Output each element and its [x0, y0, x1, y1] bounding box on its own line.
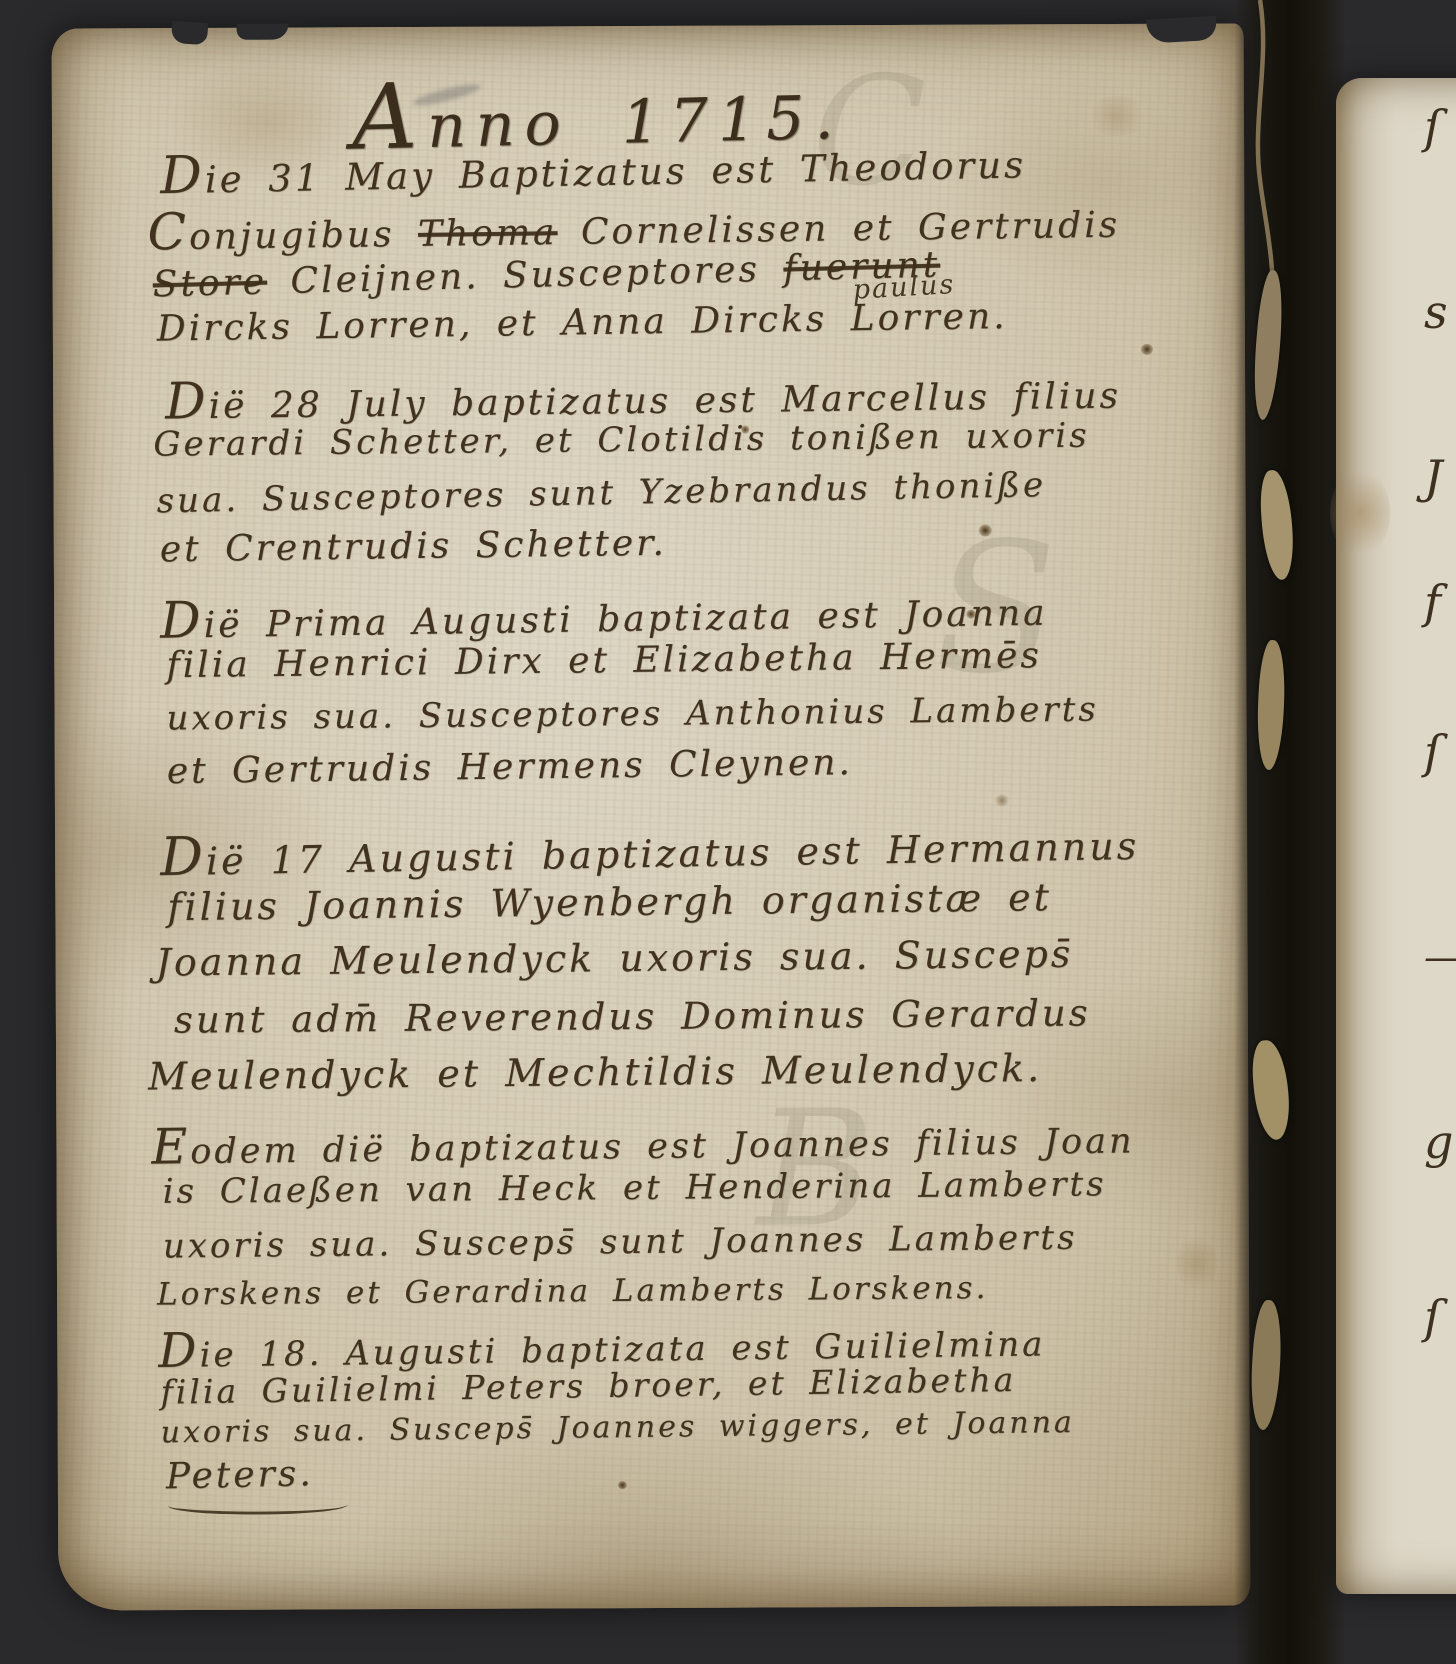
- line-segment: Conjugibus: [147, 214, 418, 259]
- manuscript-line: Dircks Lorren, et Anna Dircks Lorren.: [157, 296, 1008, 350]
- ink-fragment: ſ: [1424, 100, 1443, 154]
- manuscript-line: Lorskens et Gerardina Lamberts Lorskens.: [157, 1270, 989, 1313]
- manuscript-line: is Claeßen van Heck et Henderina Lambert…: [162, 1164, 1106, 1211]
- underline-flourish: [168, 1495, 348, 1516]
- manuscript-line: Meulendyck et Mechtildis Meulendyck.: [148, 1046, 1042, 1099]
- ink-stain: [979, 525, 992, 537]
- struck-word: Thoma: [418, 212, 558, 255]
- ink-stain: [618, 1481, 627, 1489]
- ink-stain: [1141, 344, 1153, 355]
- manuscript-line: Conjugibus Thoma Cornelissen et Gertrudi…: [147, 190, 1120, 262]
- ink-stain: [995, 794, 1009, 806]
- manuscript-line: Peters.: [165, 1453, 314, 1497]
- manuscript-line: et Gertrudis Hermens Cleynen.: [167, 742, 854, 792]
- ink-fragment: —: [1424, 935, 1456, 979]
- manuscript-line: uxoris sua. Susceps̄ sunt Joannes Lamber…: [163, 1218, 1078, 1267]
- manuscript-line: sunt adm̄ Reverendus Dominus Gerardus: [174, 991, 1091, 1041]
- ink-fragment: J: [1424, 450, 1444, 504]
- struck-word: Store: [152, 262, 267, 306]
- page-notch: [171, 21, 208, 45]
- page-notch: [237, 24, 289, 40]
- photo-background: C S B Anno 1715. Die 31 May Baptizatus e…: [0, 0, 1456, 1664]
- page-notch: [1146, 16, 1217, 44]
- manuscript-line: sua. Susceptores sunt Yzebrandus thoniße: [156, 465, 1046, 521]
- manuscript-line: filius Joannis Wyenbergh organistæ et: [167, 875, 1052, 929]
- ink-fragment: ſ: [1424, 725, 1443, 779]
- manuscript-line: et Crentrudis Schetter.: [160, 523, 668, 571]
- manuscript-line: filia Henrici Dirx et Elizabetha Hermēs: [166, 635, 1042, 686]
- line-segment: Cornelissen et Gertrudis: [557, 205, 1120, 253]
- ink-stain: [1330, 468, 1390, 558]
- manuscript-line: uxoris sua. Susceps̄ Joannes wiggers, et…: [160, 1405, 1075, 1450]
- manuscript-line: Joanna Meulendyck uxoris sua. Susceps̄: [155, 932, 1073, 985]
- manuscript-page: C S B Anno 1715. Die 31 May Baptizatus e…: [52, 23, 1251, 1610]
- manuscript-line: Gerardi Schetter, et Clotildis tonißen u…: [153, 416, 1090, 465]
- ink-fragment: ſ: [1424, 1290, 1443, 1344]
- ink-fragment: f: [1424, 575, 1443, 629]
- ink-fragment: g: [1424, 1115, 1455, 1169]
- ink-stain: [1177, 1234, 1217, 1294]
- ink-stain: [1087, 96, 1147, 136]
- ink-fragment: s: [1424, 285, 1450, 339]
- manuscript-line: uxoris sua. Susceptores Anthonius Lamber…: [166, 690, 1099, 739]
